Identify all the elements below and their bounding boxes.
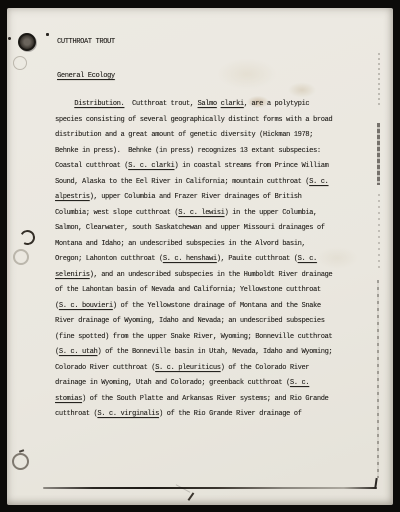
underlined-text: S. c. clarki bbox=[128, 162, 174, 170]
text-line: (S. c. utah) of the Bonneville basin in … bbox=[55, 345, 332, 361]
text-segment: ), Pauite cutthroat ( bbox=[217, 255, 298, 263]
hole-punch-ring-icon bbox=[13, 56, 27, 70]
text-line: Columbia; west slope cutthroat (S. c. le… bbox=[55, 206, 332, 222]
bottom-scan-line bbox=[43, 487, 377, 489]
text-line: Coastal cutthroat (S. c. clarki) in coas… bbox=[55, 159, 332, 175]
text-segment: Oregon; Lahonton cutthroat ( bbox=[55, 255, 163, 263]
hole-punch-dark-icon bbox=[18, 33, 36, 51]
text-line: Behnke in press). Behnke (in press) reco… bbox=[55, 144, 332, 160]
underlined-text: clarki bbox=[221, 100, 244, 108]
ink-speck-icon bbox=[8, 37, 11, 40]
text-segment: ) of the South Platte and Arkansas River… bbox=[82, 395, 328, 403]
text-segment: drainage in Wyoming, Utah and Colorado; … bbox=[55, 379, 290, 387]
underlined-text: S. c. utah bbox=[59, 348, 98, 356]
slash-mark bbox=[188, 492, 194, 500]
text-line: stomias) of the South Platte and Arkansa… bbox=[55, 392, 332, 408]
underlined-text: S. c. pleuriticus bbox=[155, 364, 220, 372]
underlined-text: Salmo bbox=[198, 100, 217, 108]
text-line: species consisting of several geographic… bbox=[55, 113, 332, 129]
text-line: distribution and a great amount of genet… bbox=[55, 128, 332, 144]
text-segment: River drainage of Wyoming, Idaho and Nev… bbox=[55, 317, 325, 325]
text-segment: cutthroat ( bbox=[55, 410, 97, 418]
text-line: cutthroat (S. c. virginalis) of the Rio … bbox=[55, 407, 332, 423]
ink-speck-icon bbox=[46, 33, 49, 36]
text-segment: ), upper Columbia and Frazer River drain… bbox=[90, 193, 302, 201]
text-segment: ) of the Bonneville basin in Utah, Nevad… bbox=[97, 348, 332, 356]
text-segment: ) of the Yellowstone drainage of Montana… bbox=[113, 302, 321, 310]
text-line: seleniris), and an undescribed subspecie… bbox=[55, 268, 332, 284]
text-segment: ) of the Rio Grande River drainage of bbox=[159, 410, 301, 418]
text-segment: Montana and Idaho; an undescribed subspe… bbox=[55, 240, 305, 248]
text-line: alpestris), upper Columbia and Frazer Ri… bbox=[55, 190, 332, 206]
text-segment: Coastal cutthroat ( bbox=[55, 162, 128, 170]
text-segment: Colorado River cutthroat ( bbox=[55, 364, 155, 372]
underlined-text: S. c. bbox=[290, 379, 309, 387]
underlined-text: seleniris bbox=[55, 271, 90, 279]
section-heading: General Ecology bbox=[57, 72, 115, 80]
hole-punch-ring-icon bbox=[12, 453, 29, 470]
text-line: (fine spotted) from the upper Snake Rive… bbox=[55, 330, 332, 346]
text-line: River drainage of Wyoming, Idaho and Nev… bbox=[55, 314, 332, 330]
underlined-text: S. c. bbox=[298, 255, 317, 263]
document-title: CUTTHROAT TROUT bbox=[57, 38, 115, 46]
text-line: (S. c. bouvieri) of the Yellowstone drai… bbox=[55, 299, 332, 315]
scan-streak bbox=[377, 123, 380, 185]
underlined-text: S. c. bouvieri bbox=[59, 302, 113, 310]
text-segment: species consisting of several geographic… bbox=[55, 116, 332, 124]
text-line: Sound, Alaska to the Eel River in Califo… bbox=[55, 175, 332, 191]
text-segment: ), and an undescribed subspecies in the … bbox=[90, 271, 333, 279]
text-segment: distribution and a great amount of genet… bbox=[55, 131, 313, 139]
text-line: Salmon, Clearwater, south Saskatchewan a… bbox=[55, 221, 332, 237]
text-segment: Sound, Alaska to the Eel River in Califo… bbox=[55, 178, 309, 186]
underlined-text: S. c. bbox=[309, 178, 328, 186]
text-line: Colorado River cutthroat (S. c. pleuriti… bbox=[55, 361, 332, 377]
text-line: Montana and Idaho; an undescribed subspe… bbox=[55, 237, 332, 253]
pencil-tick-icon bbox=[19, 449, 24, 452]
text-line: drainage in Wyoming, Utah and Colorado; … bbox=[55, 376, 332, 392]
underlined-text: alpestris bbox=[55, 193, 90, 201]
underlined-text: Distribution. bbox=[74, 100, 124, 108]
text-segment: Cutthroat trout, bbox=[124, 100, 197, 108]
text-segment: ) in the upper Columbia, bbox=[224, 209, 316, 217]
text-line: Oregon; Lahonton cutthroat (S. c. hensha… bbox=[55, 252, 332, 268]
text-segment: ) in coastal streams from Prince William bbox=[174, 162, 328, 170]
text-segment: (fine spotted) from the upper Snake Rive… bbox=[55, 333, 332, 341]
text-segment bbox=[55, 100, 74, 108]
text-segment: Behnke in press). Behnke (in press) reco… bbox=[55, 147, 321, 155]
underlined-text: S. c. lewisi bbox=[178, 209, 224, 217]
text-segment: of the Lahontan basin of Nevada and Cali… bbox=[55, 286, 321, 294]
text-segment: ) of the Colorado River bbox=[221, 364, 310, 372]
text-segment: , are a polytypic bbox=[244, 100, 309, 108]
document-page: CUTTHROAT TROUT General Ecology Distribu… bbox=[7, 8, 393, 505]
text-segment: Salmon, Clearwater, south Saskatchewan a… bbox=[55, 224, 325, 232]
scan-streak bbox=[378, 53, 380, 108]
bottom-line-hook bbox=[374, 478, 377, 488]
underlined-text: stomias bbox=[55, 395, 82, 403]
text-line: of the Lahontan basin of Nevada and Cali… bbox=[55, 283, 332, 299]
distribution-paragraph: Distribution. Cutthroat trout, Salmo cla… bbox=[55, 97, 332, 423]
scan-background: CUTTHROAT TROUT General Ecology Distribu… bbox=[0, 0, 400, 512]
scan-streak bbox=[377, 280, 379, 478]
underlined-text: S. c. virginalis bbox=[97, 410, 159, 418]
underlined-text: S. c. henshawi bbox=[163, 255, 217, 263]
crescent-smudge-icon bbox=[18, 228, 36, 246]
hole-punch-ring-icon bbox=[13, 249, 29, 265]
text-segment: Columbia; west slope cutthroat ( bbox=[55, 209, 178, 217]
text-line: Distribution. Cutthroat trout, Salmo cla… bbox=[55, 97, 332, 113]
scan-streak bbox=[378, 194, 380, 269]
